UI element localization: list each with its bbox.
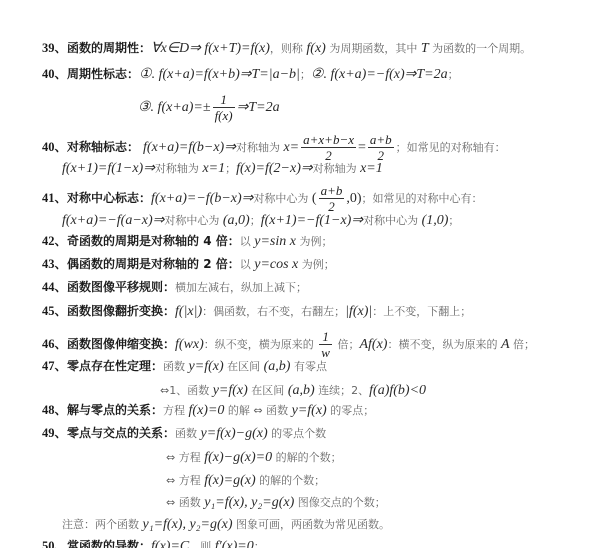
text: ，则 bbox=[189, 540, 215, 548]
math: (a,b) bbox=[288, 383, 315, 398]
item-number: 40、 bbox=[42, 67, 67, 81]
item-label: 常函数的导数： bbox=[67, 539, 151, 548]
item-label: 零点存在性定理： bbox=[67, 359, 163, 373]
text: ：偶函数，右不变，右翻左； bbox=[202, 305, 345, 318]
denominator: f(x) bbox=[213, 108, 235, 123]
text: 注意：两个函数 bbox=[62, 518, 143, 531]
math: f(a)f(b)<0 bbox=[369, 383, 426, 398]
math: ,0) bbox=[346, 191, 361, 206]
math: y=sin x bbox=[254, 234, 296, 249]
item-41-line2: f(x+a)=−f(a−x)⇒对称中心为 (a,0)；f(x+1)=−f(1−x… bbox=[62, 212, 459, 229]
text: 对称轴为 bbox=[313, 162, 361, 175]
text: 为函数的一个周期。 bbox=[429, 42, 532, 55]
math: ∀x∈D⇒ f(x+T)=f(x) bbox=[151, 41, 270, 56]
item-number: 39、 bbox=[42, 41, 67, 55]
text: 在区间 bbox=[248, 384, 288, 397]
text: ：横不变，纵为原来的 bbox=[387, 338, 501, 351]
math: y=f(x) bbox=[189, 359, 224, 374]
item-number: 47、 bbox=[42, 359, 67, 373]
text: 的解的个数； bbox=[272, 451, 342, 464]
math: ⇒T=2a bbox=[237, 100, 280, 115]
item-label: 函数图像翻折变换： bbox=[67, 304, 175, 318]
text: 方程 bbox=[163, 404, 189, 417]
item-label: 函数图像伸缩变换： bbox=[67, 337, 175, 351]
math: (a,b) bbox=[264, 359, 291, 374]
text: ⇔ 方程 bbox=[166, 451, 204, 464]
item-label: 零点与交点的关系： bbox=[67, 426, 175, 440]
text: ，则称 bbox=[270, 42, 307, 55]
text: 以 bbox=[240, 235, 255, 248]
math: y=f(x) bbox=[213, 383, 248, 398]
text: 的零点； bbox=[327, 404, 375, 417]
item-number: 50、 bbox=[42, 539, 67, 548]
item-number: 46、 bbox=[42, 337, 67, 351]
text: 以 bbox=[240, 258, 255, 271]
numerator: a+b bbox=[368, 132, 394, 148]
item-47: 47、零点存在性定理：函数 y=f(x) 在区间 (a,b) 有零点 bbox=[42, 358, 327, 375]
text: 为例； bbox=[298, 258, 335, 271]
math: x= bbox=[283, 140, 299, 155]
text: ； bbox=[300, 68, 311, 81]
math: f(x+1)=−f(1−x)⇒ bbox=[261, 213, 363, 228]
text: 连续；2、 bbox=[315, 384, 370, 397]
item-40-periodic-line2: ③. f(x+a)=±1f(x)⇒T=2a bbox=[138, 92, 280, 123]
fraction: a+x+b−x2 bbox=[301, 132, 356, 163]
math: f(x+a)=f(b−x)⇒ bbox=[143, 140, 236, 155]
math: f(x)=C bbox=[151, 539, 189, 548]
math: y=cos x bbox=[254, 257, 298, 272]
numerator: a+x+b−x bbox=[301, 132, 356, 148]
item-41: 41、对称中心标志：f(x+a)=−f(b−x)⇒对称中心为 (a+b2,0)；… bbox=[42, 183, 483, 214]
item-number: 42、 bbox=[42, 234, 67, 248]
math: f(x)−g(x)=0 bbox=[204, 450, 272, 465]
text: 对称中心为 bbox=[253, 192, 312, 205]
text: 函数 bbox=[175, 427, 201, 440]
text: ⇔1、函数 bbox=[160, 384, 213, 397]
math: f(x) bbox=[306, 41, 325, 56]
item-number: 43、 bbox=[42, 257, 67, 271]
text: 图象可画，两函数为常见函数。 bbox=[233, 518, 391, 531]
numerator: a+b bbox=[319, 183, 345, 199]
item-45: 45、函数图像翻折变换：f(|x|)：偶函数，右不变，右翻左；|f(x)|：上不… bbox=[42, 303, 471, 320]
text: ⇔ 函数 bbox=[166, 496, 204, 509]
text: ⇔ 方程 bbox=[166, 474, 204, 487]
math: f(x+1)=f(1−x)⇒ bbox=[62, 161, 155, 176]
item-number: 40、 bbox=[42, 140, 67, 154]
math: y=f(x) bbox=[292, 403, 327, 418]
math: A bbox=[501, 337, 510, 352]
item-40-axis: 40、对称轴标志： f(x+a)=f(b−x)⇒对称轴为 x=a+x+b−x2=… bbox=[42, 132, 506, 163]
text: 在区间 bbox=[224, 360, 264, 373]
item-39: 39、函数的周期性：∀x∈D⇒ f(x+T)=f(x)，则称 f(x) 为周期函… bbox=[42, 40, 531, 57]
text: 有零点 bbox=[290, 360, 327, 373]
fraction: a+b2 bbox=[368, 132, 394, 163]
math: y=f(x)−g(x) bbox=[201, 426, 268, 441]
math: ①. f(x+a)=f(x+b)⇒T=|a−b| bbox=[139, 67, 300, 82]
fraction: a+b2 bbox=[319, 183, 345, 214]
item-label: 偶函数的周期是对称轴的 2 倍： bbox=[67, 257, 240, 271]
item-49-sub-2: ⇔ 方程 f(x)=g(x) 的解的个数； bbox=[166, 472, 325, 489]
text: 的零点个数 bbox=[268, 427, 327, 440]
item-number: 49、 bbox=[42, 426, 67, 440]
numerator: 1 bbox=[319, 329, 332, 345]
text: ：上不变，下翻上； bbox=[372, 305, 471, 318]
math: x=1 bbox=[360, 161, 383, 176]
item-49-sub-3: ⇔ 函数 y₁=f(x), y₂=g(x) 图像交点的个数； bbox=[166, 494, 386, 511]
math: = bbox=[358, 140, 366, 155]
item-43: 43、偶函数的周期是对称轴的 2 倍：以 y=cos x 为例； bbox=[42, 256, 335, 273]
text: ；如常见的对称中心有： bbox=[362, 192, 483, 205]
text: 图像交点的个数； bbox=[294, 496, 386, 509]
item-number: 48、 bbox=[42, 403, 67, 417]
item-46: 46、函数图像伸缩变换：f(wx)：纵不变，横为原来的 1w 倍；Af(x)：横… bbox=[42, 329, 535, 360]
text: 为例； bbox=[296, 235, 333, 248]
math: |f(x)| bbox=[345, 304, 372, 319]
text: ； bbox=[254, 540, 265, 548]
math: y₁=f(x), y₂=g(x) bbox=[204, 495, 294, 510]
item-48: 48、解与零点的关系：方程 f(x)=0 的解 ⇔ 函数 y=f(x) 的零点； bbox=[42, 402, 374, 419]
math: ③. f(x+a)=± bbox=[138, 100, 211, 115]
item-49: 49、零点与交点的关系：函数 y=f(x)−g(x) 的零点个数 bbox=[42, 425, 326, 442]
item-number: 44、 bbox=[42, 280, 67, 294]
item-label: 对称中心标志： bbox=[67, 191, 151, 205]
item-47-line2: ⇔1、函数 y=f(x) 在区间 (a,b) 连续；2、f(a)f(b)<0 bbox=[160, 382, 426, 399]
text: ； bbox=[448, 68, 459, 81]
math: f(x+a)=−f(a−x)⇒ bbox=[62, 213, 164, 228]
item-number: 41、 bbox=[42, 191, 67, 205]
text: 横加左减右，纵加上减下； bbox=[175, 281, 307, 294]
item-50: 50、常函数的导数：f(x)=C，则 f′(x)=0； bbox=[42, 538, 265, 548]
item-label: 函数的周期性： bbox=[67, 41, 151, 55]
math: y₁=f(x), y₂=g(x) bbox=[143, 517, 233, 532]
text: ；如常见的对称轴有： bbox=[396, 141, 506, 154]
math: (1,0) bbox=[422, 213, 449, 228]
text: ：纵不变，横为原来的 bbox=[204, 338, 318, 351]
math: f(x+a)=−f(b−x)⇒ bbox=[151, 191, 253, 206]
item-number: 45、 bbox=[42, 304, 67, 318]
item-label: 奇函数的周期是对称轴的 4 倍： bbox=[67, 234, 240, 248]
math: x=1 bbox=[202, 161, 225, 176]
text: 倍； bbox=[510, 338, 536, 351]
math: f(x)=0 bbox=[189, 403, 225, 418]
item-label: 函数图像平移规则： bbox=[67, 280, 175, 294]
text: 对称中心为 bbox=[363, 214, 422, 227]
text: 的解 ⇔ 函数 bbox=[224, 404, 291, 417]
math: (a,0) bbox=[223, 213, 250, 228]
fraction: 1f(x) bbox=[213, 92, 235, 123]
math: T bbox=[421, 41, 429, 56]
item-40-axis-line2: f(x+1)=f(1−x)⇒对称轴为 x=1；f(x)=f(2−x)⇒对称轴为 … bbox=[62, 160, 383, 177]
text: ； bbox=[225, 162, 236, 175]
math: f(wx) bbox=[175, 337, 204, 352]
text: ； bbox=[448, 214, 459, 227]
text: 对称中心为 bbox=[164, 214, 223, 227]
item-49-note: 注意：两个函数 y₁=f(x), y₂=g(x) 图象可画，两函数为常见函数。 bbox=[62, 516, 390, 533]
item-label: 解与零点的关系： bbox=[67, 403, 163, 417]
item-40-periodic: 40、周期性标志：①. f(x+a)=f(x+b)⇒T=|a−b|；②. f(x… bbox=[42, 66, 459, 83]
text: 对称轴为 bbox=[236, 141, 284, 154]
text: ； bbox=[250, 214, 261, 227]
fraction: 1w bbox=[319, 329, 332, 360]
item-label: 对称轴标志： bbox=[67, 140, 139, 154]
item-label: 周期性标志： bbox=[67, 67, 139, 81]
text: 的解的个数； bbox=[256, 474, 326, 487]
item-44: 44、函数图像平移规则：横加左减右，纵加上减下； bbox=[42, 279, 307, 296]
math: Af(x) bbox=[359, 337, 387, 352]
math: f(|x|) bbox=[175, 304, 202, 319]
text: 对称轴为 bbox=[155, 162, 203, 175]
math: f′(x)=0 bbox=[215, 539, 254, 548]
math: f(x)=g(x) bbox=[204, 473, 255, 488]
math: ( bbox=[312, 191, 317, 206]
math: ②. f(x+a)=−f(x)⇒T=2a bbox=[311, 67, 448, 82]
text: 函数 bbox=[163, 360, 189, 373]
item-49-sub-1: ⇔ 方程 f(x)−g(x)=0 的解的个数； bbox=[166, 449, 342, 466]
math: f(x)=f(2−x)⇒ bbox=[236, 161, 312, 176]
text: 为周期函数，其中 bbox=[326, 42, 421, 55]
item-42: 42、奇函数的周期是对称轴的 4 倍：以 y=sin x 为例； bbox=[42, 233, 332, 250]
numerator: 1 bbox=[213, 92, 235, 108]
text: 倍； bbox=[334, 338, 360, 351]
